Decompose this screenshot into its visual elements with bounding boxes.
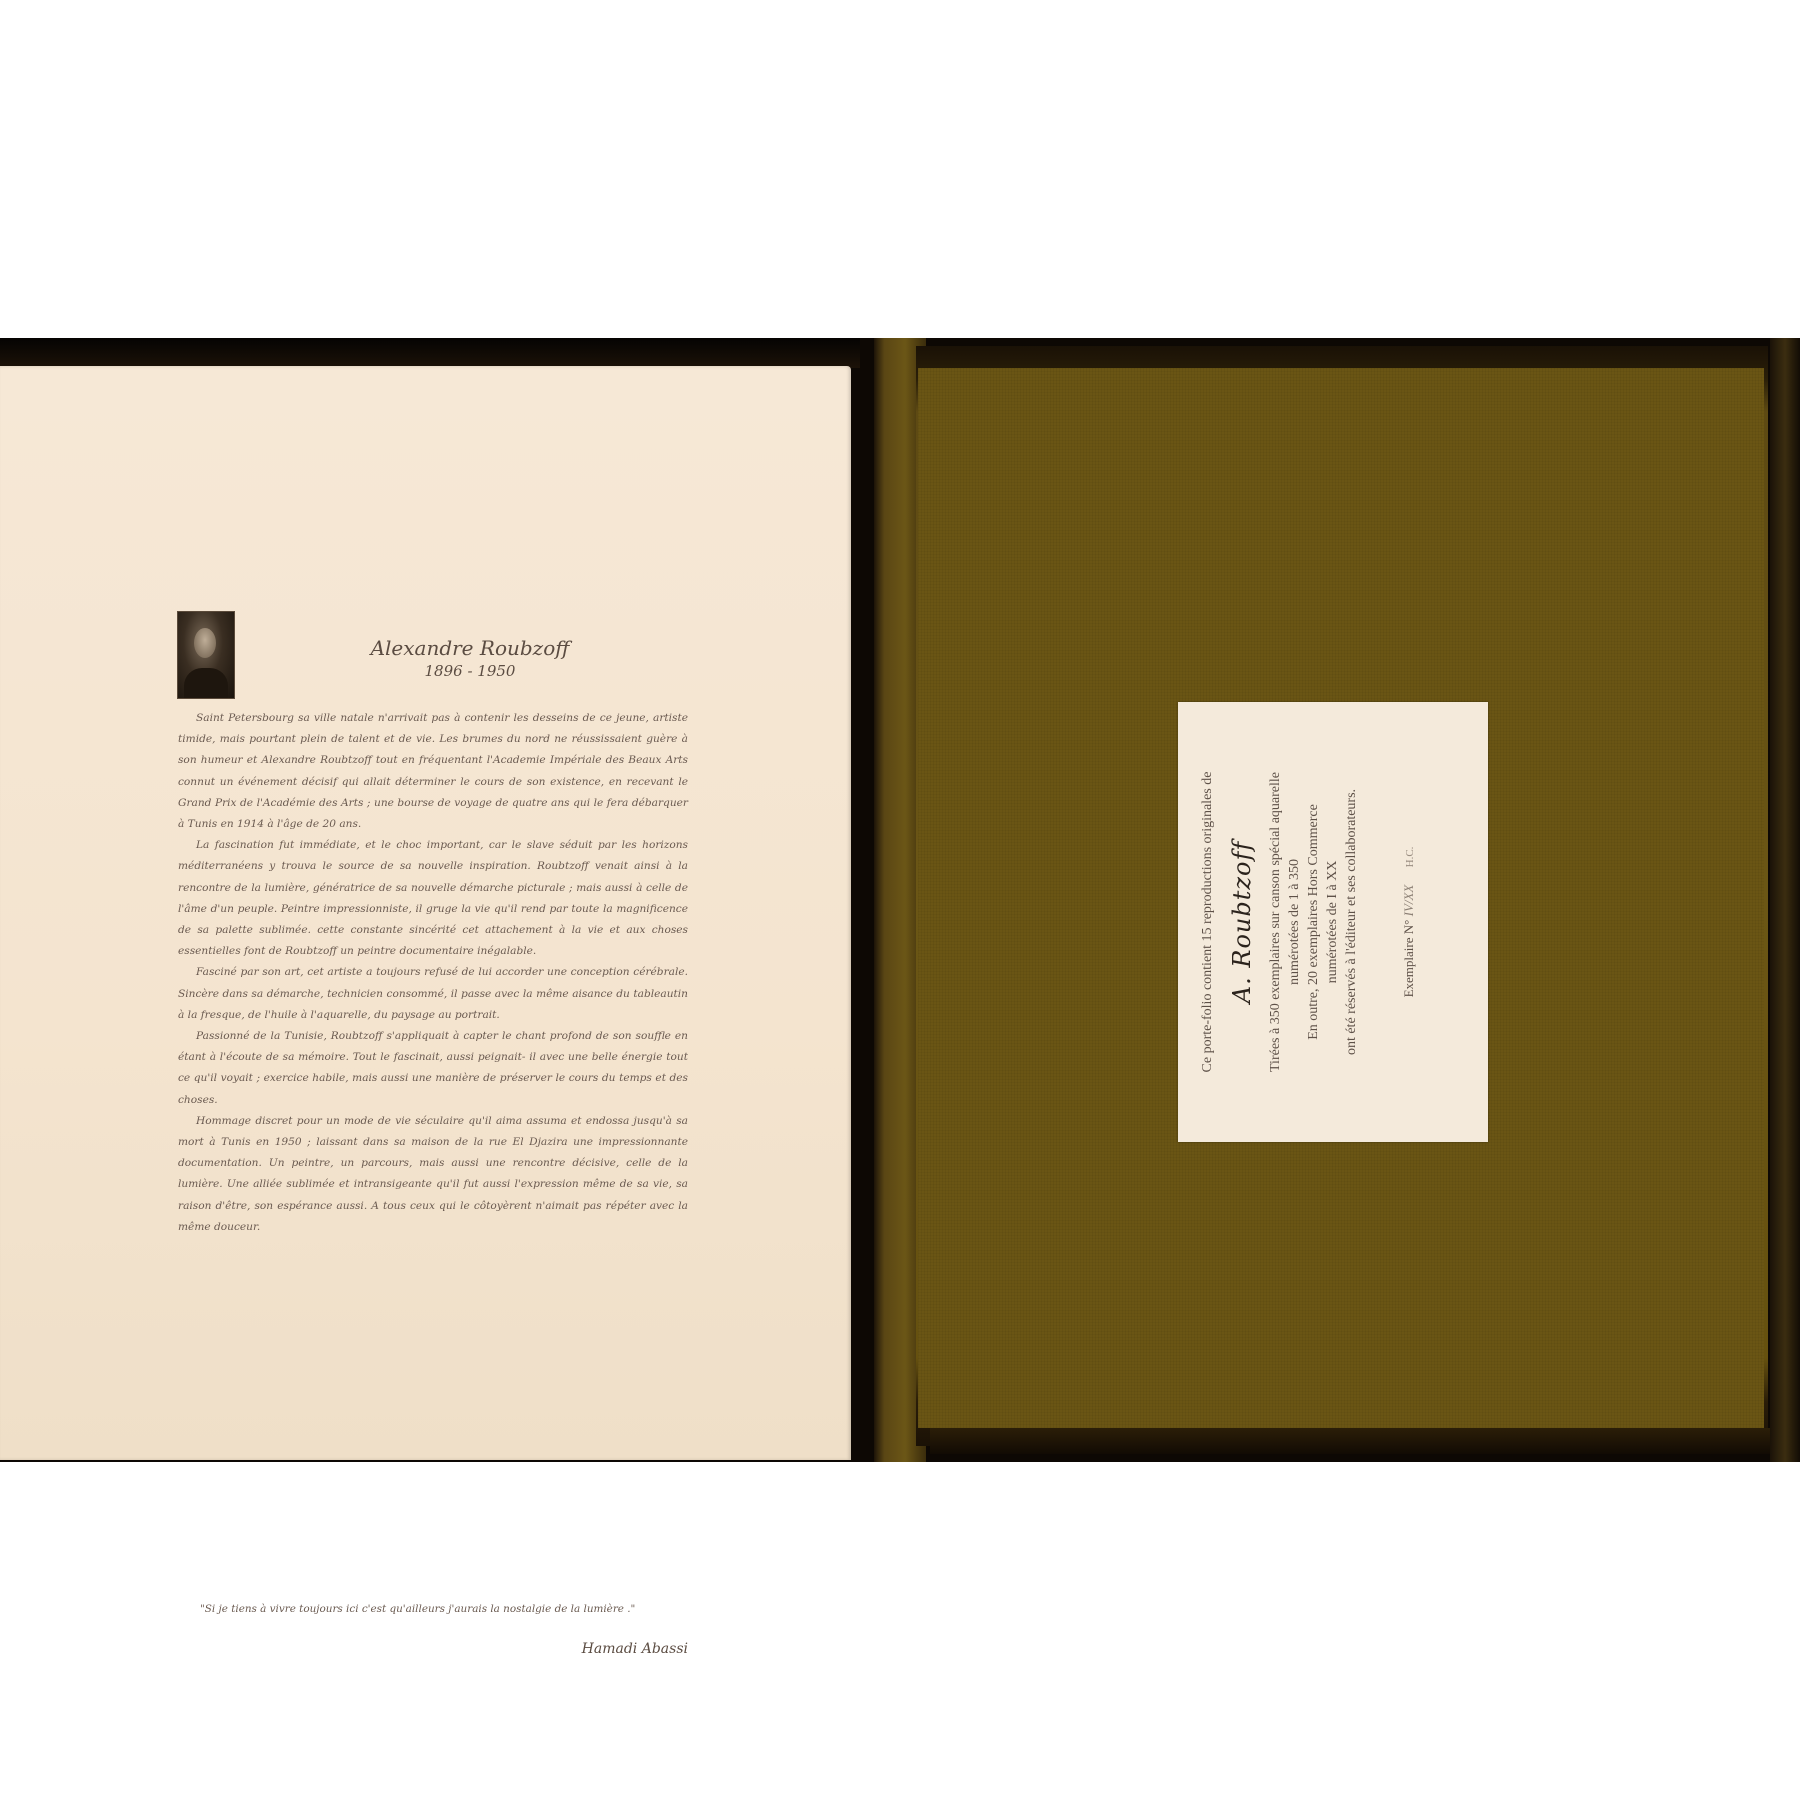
paragraph: Hommage discret pour un mode de vie sécu… xyxy=(178,1111,688,1238)
artist-portrait-photo xyxy=(177,611,235,699)
sheet-heading: Alexandre Roubzoff 1896 - 1950 xyxy=(300,636,640,680)
portfolio-box: Alexandre Roubzoff 1896 - 1950 Saint Pet… xyxy=(0,338,1800,1462)
paragraph: Passionné de la Tunisie, Roubtzoff s'app… xyxy=(178,1026,688,1111)
paragraph: Fasciné par son art, cet artiste a toujo… xyxy=(178,962,688,1026)
label-line: numérotées de 1 à 350 xyxy=(1285,702,1304,1142)
edition-label-card: Ce porte-folio contient 15 reproductions… xyxy=(1178,702,1488,1142)
exemplaire-note: H.C. xyxy=(1404,847,1416,868)
label-intro: Ce porte-folio contient 15 reproductions… xyxy=(1200,702,1216,1142)
artist-name: Alexandre Roubzoff xyxy=(300,636,640,660)
exemplaire-number: Exemplaire N° IV/XX H.C. xyxy=(1401,702,1417,1142)
exemplaire-value: IV/XX xyxy=(1401,885,1416,917)
label-line: numérotées de I à XX xyxy=(1323,702,1342,1142)
label-line: ont été réservés à l'éditeur et ses coll… xyxy=(1342,702,1361,1142)
artist-years: 1896 - 1950 xyxy=(300,662,640,680)
paragraph: La fascination fut immédiate, et le choc… xyxy=(178,835,688,962)
label-line: En outre, 20 exemplaires Hors Commerce xyxy=(1304,702,1323,1142)
paragraph: Saint Petersbourg sa ville natale n'arri… xyxy=(178,708,688,835)
author-signature: Hamadi Abassi xyxy=(500,1641,688,1657)
box-bottom-edge xyxy=(930,1428,1770,1454)
portrait-body xyxy=(184,668,228,698)
artist-signature: A. Roubtzoff xyxy=(1228,702,1256,1142)
biography-sheet: Alexandre Roubzoff 1896 - 1950 Saint Pet… xyxy=(0,366,851,1460)
portrait-face xyxy=(194,628,216,658)
artist-quote: "Si je tiens à vivre toujours ici c'est … xyxy=(200,1603,680,1615)
box-right-edge xyxy=(1770,338,1800,1462)
label-line: Tirées à 350 exemplaires sur canson spéc… xyxy=(1266,702,1285,1142)
biography-text: Saint Petersbourg sa ville natale n'arri… xyxy=(178,708,688,1238)
exemplaire-label: Exemplaire N° xyxy=(1401,920,1416,998)
edition-label-text: Ce porte-folio contient 15 reproductions… xyxy=(1178,702,1488,1142)
box-top-edge xyxy=(0,338,860,368)
